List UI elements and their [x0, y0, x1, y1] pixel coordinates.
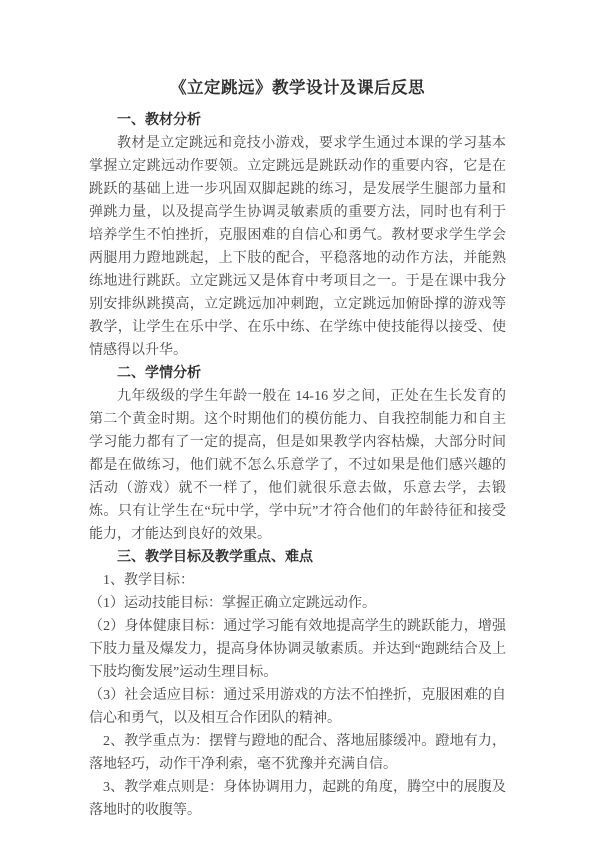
- sub-item-skill-goal: （1）运动技能目标：掌握正确立定跳远动作。: [89, 592, 506, 615]
- section-heading-2: 二、学情分析: [89, 362, 506, 385]
- section-heading-1: 一、教材分析: [89, 109, 506, 132]
- document-body: 一、教材分析教材是立定跳远和竞技小游戏，要求学生通过本课的学习基本掌握立定跳远动…: [89, 109, 506, 822]
- numbered-paragraph-key-points: 2、教学重点为：摆臂与蹬地的配合、落地屈膝缓冲。蹬地有力，落地轻巧，动作干净利索…: [89, 730, 506, 776]
- numbered-paragraph-difficulties: 3、教学难点则是：身体协调用力，起跳的角度，腾空中的展腹及落地时的收腹等。: [89, 776, 506, 822]
- numbered-paragraph-goals: 1、教学目标：: [89, 569, 506, 592]
- section-heading-3: 三、教学目标及教学重点、难点: [89, 546, 506, 569]
- sub-item-social-goal: （3）社会适应目标：通过采用游戏的方法不怕挫折，克服困难的自信心和勇气，以及相互…: [89, 684, 506, 730]
- document-page: 《立定跳远》教学设计及课后反思 一、教材分析教材是立定跳远和竞技小游戏，要求学生…: [0, 0, 595, 842]
- body-paragraph-teaching-material: 教材是立定跳远和竞技小游戏，要求学生通过本课的学习基本掌握立定跳远动作要领。立定…: [89, 132, 506, 362]
- body-paragraph-student-analysis: 九年级级的学生年龄一般在 14-16 岁之间，正处在生长发育的第二个黄金时期。这…: [89, 385, 506, 546]
- page-title: 《立定跳远》教学设计及课后反思: [89, 76, 506, 100]
- document-content: 《立定跳远》教学设计及课后反思 一、教材分析教材是立定跳远和竞技小游戏，要求学生…: [89, 76, 506, 822]
- sub-item-health-goal: （2）身体健康目标：通过学习能有效地提高学生的跳跃能力，增强下肢力量及爆发力，提…: [89, 615, 506, 684]
